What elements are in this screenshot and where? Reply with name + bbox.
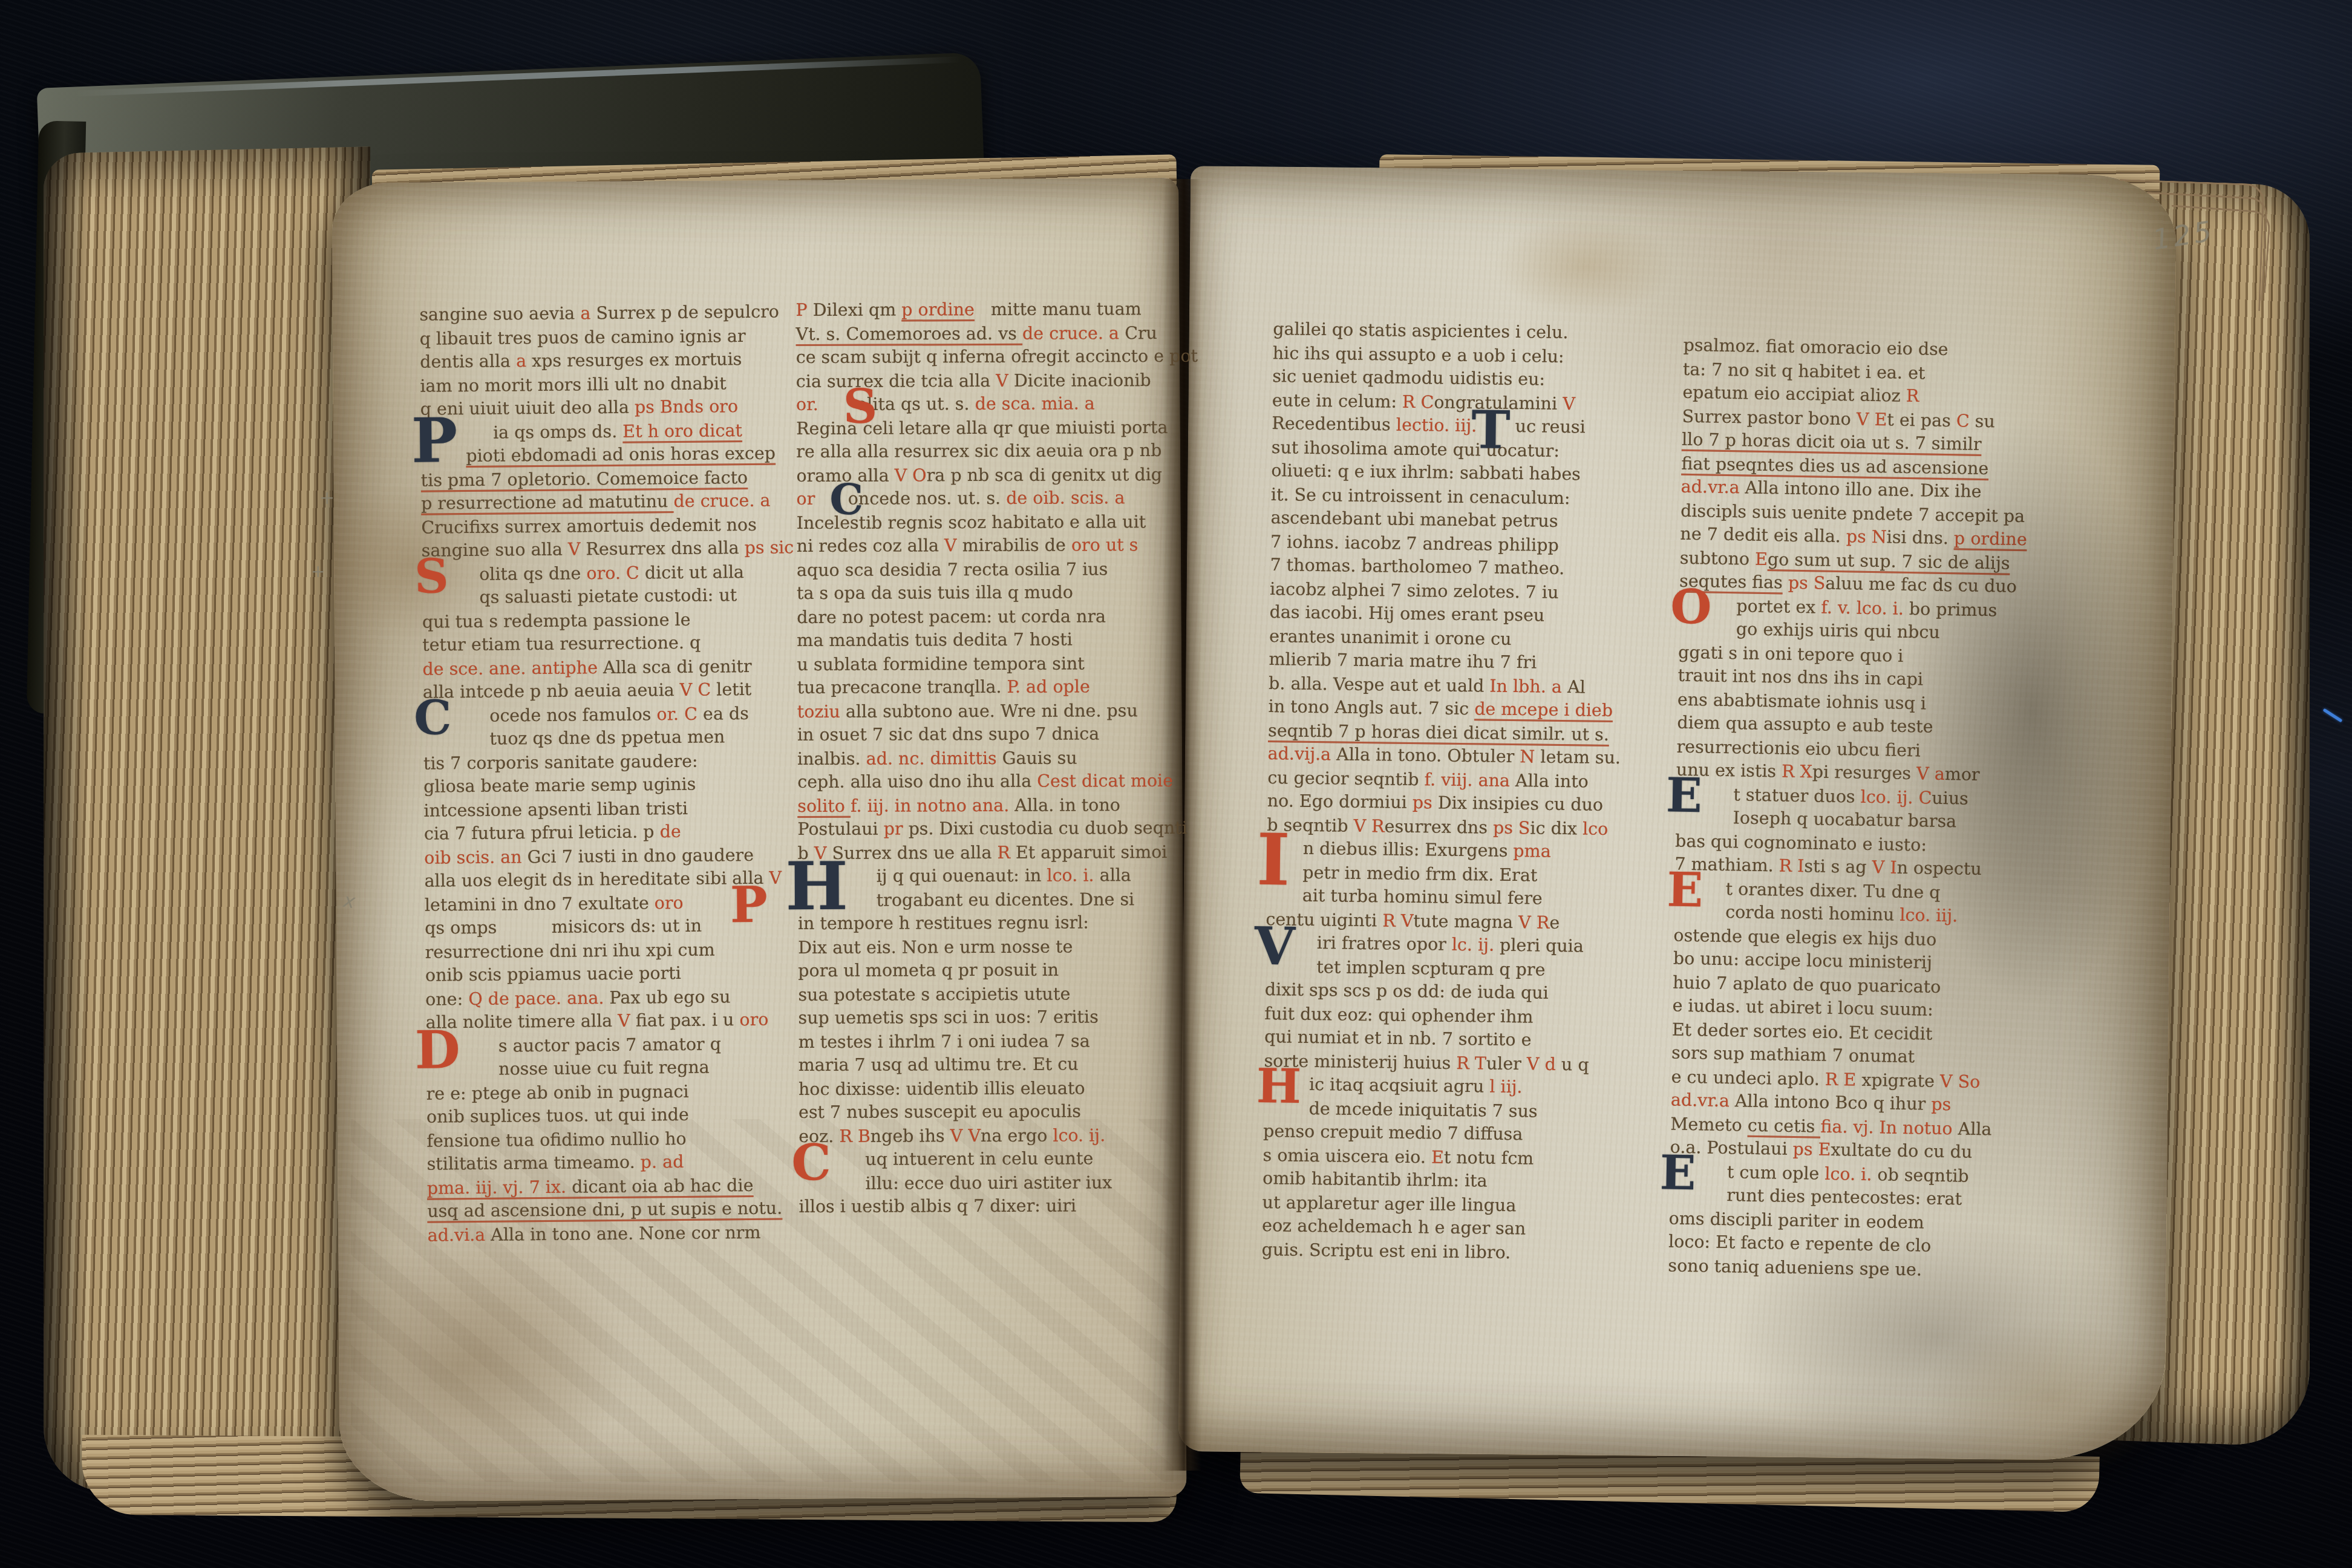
text-run-ink: re alla alla resurrex sic dix aeuia ora … (796, 440, 1161, 462)
text-run-ink: Memeto (1670, 1114, 1748, 1135)
text-run-ink: Cru (1119, 323, 1157, 343)
text-run-ink: inalbis. (797, 749, 866, 769)
manuscript-text-line: sangine suo aevia a Surrex p de sepulcro (419, 299, 789, 326)
manuscript-text-line: ceph. alla uiso dno ihu alla Cest dicat … (797, 769, 1180, 794)
text-run-ink: ps. Dixi custodia cu duob seqnti (909, 818, 1187, 839)
text-run-rubric: V E (1857, 409, 1887, 430)
text-run-ink: loco: Et facto e repente de clo (1668, 1232, 1932, 1256)
text-run-ink: ea ds (697, 704, 749, 724)
text-run-ink: sti s ag (1804, 856, 1872, 877)
manuscript-text-line: centu uiginti R Vtute magna V Re (1266, 907, 1654, 936)
text-run-ink: maria 7 usq ad ultimu tre. Et cu (799, 1054, 1079, 1075)
text-run-ink: iam no morit mors illi ult no dnabit (420, 373, 726, 396)
text-run-ink: sua potestate s accipietis utute (798, 984, 1070, 1005)
manuscript-text-line: dentis alla a xps resurges ex mortuis (420, 347, 790, 373)
text-run-rubric: ad. nc. dimittis (866, 748, 1002, 769)
text-run-rubric: oro ut s (1071, 535, 1138, 555)
illuminated-initial: I (1256, 831, 1290, 890)
text-run-rubric: V (618, 1011, 630, 1031)
manuscript-text-line: trogabant eu dicentes. Dne si (798, 887, 1180, 912)
text-run-ink: m testes i ihrlm 7 i oni iudea 7 sa (799, 1031, 1090, 1052)
text-run-ink: gliosa beate marie semp uginis (423, 774, 696, 797)
text-run-ink: psalmoz. fiat omoracio eio dse (1683, 335, 1948, 359)
text-run-rubric: V V (950, 1126, 981, 1146)
text-run-ink: resurrectione dni nri ihu xpi cum (425, 939, 714, 962)
text-run-ink: ij q qui ouenaut: in (877, 866, 1047, 886)
text-run-ink: Alla into (1515, 771, 1589, 791)
text-run-rubric: E (1755, 549, 1768, 569)
manuscript-text-line: re e: ptege ab onib in pugnaci (426, 1079, 796, 1105)
text-run-ink: pi resurges (1812, 762, 1917, 783)
manuscript-text-line: b seqntib V Resurrex dns ps Sic dix lco (1267, 813, 1655, 841)
text-run-ink: qs omps misicors ds: ut in (425, 916, 702, 938)
manuscript-text-line: hic ihs qui assupto e a uob i celu: (1273, 341, 1661, 370)
text-run-ink: eute in celum: (1272, 390, 1403, 412)
text-run-ink: ce scam subijt q inferna ofregit accinct… (796, 346, 1198, 367)
text-run-ink: ens ababtismate iohnis usq i (1677, 690, 1927, 714)
text-run-ink: alla intcede p nb aeuia aeuia (423, 680, 680, 702)
manuscript-text-line: de mcede iniquitatis 7 sus (1263, 1096, 1651, 1125)
text-run-rubric: V (769, 868, 782, 888)
text-run-rubric: solito (797, 796, 851, 816)
text-run-rubric: P. ad ople (1007, 676, 1090, 696)
text-run-ink: usq ad ascensione dni, p ut supis e notu… (427, 1198, 782, 1221)
text-run-ink: tis 7 corporis sanitate gaudere: (423, 751, 698, 774)
text-run-ink: cu cetis (1748, 1116, 1821, 1137)
text-run-ink: dentis alla (420, 351, 516, 371)
manuscript-text-line: eute in celum: R Congratulamini V (1272, 388, 1661, 417)
text-run-ink: illu: ecce duo uiri astiter iux (865, 1172, 1112, 1193)
text-run-rubric: ps sic (744, 537, 794, 558)
text-run-ink: cu gecior seqntib (1267, 768, 1425, 789)
text-run-rubric: lco. ij. (1053, 1125, 1105, 1145)
text-run-ink: e (1549, 913, 1560, 933)
text-run-ink: u q (1556, 1054, 1589, 1075)
text-run-ink: sic ueniet qadmodu uidistis eu: (1272, 366, 1545, 390)
text-run-ink: qui tua s redempta passione le (422, 610, 691, 632)
manuscript-text-line: ad.vi.a Alla in tono ane. None cor nrm (427, 1220, 797, 1247)
text-run-ink: olita qs ut. s. (818, 394, 975, 414)
illuminated-initial: H (1256, 1067, 1301, 1106)
text-run-rubric: In lbh. a (1489, 676, 1562, 697)
text-run-ink: n diebus illis: Exurgens (1303, 838, 1514, 861)
manuscript-text-line: aquo sca desidia 7 recta osilia 7 ius (797, 557, 1179, 582)
text-run-ink: Gauis su (1002, 748, 1077, 768)
manuscript-text-line: intcessione apsenti liban tristi (423, 795, 794, 822)
text-run-ink: tuoz qs dne ds ppetua men (489, 727, 725, 748)
text-run-ink: diem qua assupto e aub teste (1677, 713, 1933, 737)
text-run-rubric: oro (739, 1010, 768, 1030)
text-run-ink: das iacobi. Hij omes erant pseu (1269, 602, 1544, 626)
manuscript-text-line: m testes i ihrlm 7 i oni iudea 7 sa (799, 1029, 1181, 1054)
text-run-ink: letit (711, 679, 751, 700)
manuscript-text-line: ut applaretur ager ille lingua (1262, 1191, 1650, 1219)
text-run-rubric: V d (1527, 1054, 1556, 1074)
illuminated-initial: P (411, 416, 458, 466)
text-run-ink: ia qs omps ds. (493, 422, 622, 443)
manuscript-text-line: it. Se cu introissent in cenaculum: (1271, 483, 1659, 511)
manuscript-text-line: illu: ecce duo uiri astiter iux (799, 1171, 1181, 1195)
text-run-rubric: lco. i. (1047, 865, 1099, 885)
manuscript-text-line: tuoz qs dne ds ppetua men (423, 724, 793, 751)
manuscript-text-line: qui tua s redempta passione le (422, 607, 792, 633)
manuscript-text-line: resurrectione dni nri ihu xpi cum (425, 937, 795, 964)
text-run-rubric: or (796, 489, 815, 509)
manuscript-text-line: Dix aut eis. Non e urm nosse te (798, 935, 1180, 959)
manuscript-text-line: alla intcede p nb aeuia aeuia V C letit (423, 677, 793, 704)
text-run-ink: Et apparuit simoi (1016, 842, 1168, 863)
text-run-ink: ascendebant ubi manebat petrus (1270, 508, 1558, 531)
manuscript-text-line: maria 7 usq ad ultimu tre. Et cu (799, 1052, 1181, 1077)
text-run-ink: alla (1100, 865, 1131, 885)
text-run-ink: n ospectu (1896, 858, 1982, 879)
manuscript-text-line: ia qs omps ds. Et h oro dicat (420, 418, 791, 445)
text-run-rubric: C (1956, 411, 1970, 431)
text-run-ink: xultate do cu du (1831, 1140, 1972, 1162)
text-run-ink: letam su. (1535, 746, 1621, 768)
text-run-ink: ic itaq acqsiuit agru (1309, 1074, 1490, 1097)
text-run-rubric: toziu (797, 702, 846, 722)
text-run-rubric: lco. iij. (1900, 905, 1958, 926)
manuscript-text-line: s auctor pacis 7 amator q (426, 1031, 796, 1058)
text-run-ink: ra p nb sca di genitx ut dig (927, 465, 1162, 485)
illuminated-initial: C (829, 482, 863, 517)
text-run-ink: Recedentibus (1272, 413, 1396, 435)
text-run-ink: go sum ut sup. 7 sic de alijs (1768, 549, 2010, 573)
text-run-ink: Alla. in tono (1014, 795, 1120, 815)
text-run-rubric: R C (1402, 392, 1434, 413)
text-run-rubric: ps S (1783, 573, 1826, 593)
manuscript-text-line: guis. Scriptu est eni in libro. (1261, 1238, 1650, 1266)
text-run-ink: Surrex p de sepulcro (590, 302, 779, 324)
text-run-rubric: ps S (1493, 818, 1530, 838)
text-run-ink: in osuet 7 sic dat dns supo 7 dnica (797, 724, 1099, 745)
manuscript-text-line: qs saluasti pietate custodi: ut (422, 583, 792, 609)
text-run-ink: pleri quia (1500, 935, 1584, 956)
manuscript-text-line: toziu alla subtono aue. Wre ni dne. psu (797, 699, 1180, 724)
text-run-rubric: oib scis. an (424, 847, 528, 867)
illuminated-initial: S (414, 557, 449, 596)
text-run-ink: p resurrectione ad matutinu (421, 491, 674, 514)
text-run-ink: u sublata formidine tempora sint (797, 653, 1084, 675)
text-run-ink: petr in medio frm dix. Erat (1302, 863, 1537, 886)
text-run-ink: alla subtono aue. Wre ni dne. psu (846, 701, 1138, 722)
text-run-rubric: R B (839, 1126, 871, 1146)
text-run-ink: ostende que elegis ex hijs duo (1673, 926, 1936, 950)
text-run-ink: ni redes coz alla (797, 535, 944, 556)
manuscript-text-line: one: Q de pace. ana. Pax ub ego su (425, 984, 795, 1011)
text-run-ink: mitte manu tuam (975, 299, 1142, 319)
text-run-rubric: p ordine (1954, 528, 2027, 549)
text-run-ink: fiat pax. i u (630, 1010, 740, 1031)
manuscript-text-line: seqntib 7 p horas diei dicat similr. ut … (1268, 719, 1656, 747)
manuscript-text-line: pora ul mometa q pr posuit in (798, 958, 1180, 982)
text-run-ink: galilei qo statis aspicientes i celu. (1273, 319, 1569, 342)
manuscript-text-line: Crucifixs surrex amortuis dedemit nos (421, 512, 791, 539)
text-run-ink: re e: ptege ab onib in pugnaci (426, 1082, 688, 1104)
text-run-ink: su (1969, 411, 1995, 432)
text-run-rubric: V O (895, 465, 927, 485)
text-run-ink: pora ul mometa q pr posuit in (798, 960, 1059, 981)
text-run-rubric: Et h oro dicat (622, 420, 742, 442)
text-run-rubric: ad.vij.a (1268, 743, 1337, 764)
manuscript-text-line: tet implen scpturam q pre (1265, 955, 1653, 983)
text-run-ink: aluu me fac ds cu duo (1825, 573, 2017, 596)
text-run-ink: ta s opa da suis tuis illa q mudo (797, 583, 1073, 604)
manuscript-text-line: onib scis ppiamus uacie porti (425, 960, 795, 987)
manuscript-text-line: petr in medio frm dix. Erat (1266, 860, 1655, 889)
text-run-ink: olita qs dne (479, 563, 587, 584)
text-run-ink: mor (1945, 764, 1980, 785)
manuscript-text-line: Postulaui pr ps. Dixi custodia cu duob s… (797, 816, 1180, 841)
text-run-ink: go exhijs uiris qui nbcu (1736, 619, 1940, 642)
manuscript-text-line: galilei qo statis aspicientes i celu. (1273, 317, 1661, 345)
text-run-rubric: de mcepe i dieb (1474, 699, 1613, 720)
text-run-rubric: lco (1583, 818, 1609, 839)
manuscript-text-line: erantes unanimit i orone cu (1269, 624, 1658, 653)
text-run-ink: nosse uiue cu fuit regna (498, 1057, 710, 1079)
text-run-rubric: P (795, 300, 812, 320)
text-run-rubric: Cest dicat moie (1037, 771, 1173, 791)
text-run-rubric: ad.vr.a (1681, 477, 1746, 498)
manuscript-text-line: uq intuerent in celu eunte (799, 1146, 1181, 1171)
illuminated-initial: T (1471, 409, 1511, 452)
text-run-ink: in tono Angls aut. 7 sic (1268, 696, 1474, 719)
manuscript-text-line: sorte ministerij huius R Tuler V d u q (1264, 1049, 1652, 1077)
text-run-ink: erantes unanimit i orone cu (1269, 626, 1512, 649)
text-run-ink: seqntib 7 p horas diei dicat similr. ut … (1268, 720, 1609, 745)
blue-fiber (2323, 708, 2343, 723)
left-page-edge-stack (44, 146, 370, 1493)
text-run-ink: aquo sca desidia 7 recta osilia 7 ius (797, 559, 1108, 580)
text-run-rubric: V (1563, 394, 1575, 414)
manuscript-text-line: ma mandatis tuis dedita 7 hosti (797, 627, 1179, 652)
pencil-margin-mark: + (319, 488, 335, 509)
text-column-left-2: P Dilexi qm p ordine mitte manu tuamVt. … (795, 297, 1181, 1218)
illuminated-initial: V (1254, 926, 1295, 969)
manuscript-text-line: tetur etiam tua resurrectione. q (422, 630, 792, 656)
text-run-ink: fuit dux eoz: qui ophender ihm (1264, 1004, 1533, 1027)
text-run-ink: Pax ub ego su (604, 987, 730, 1008)
text-run-rubric: lc. ij. (1452, 935, 1500, 955)
manuscript-text-line: tis pma 7 opletorio. Comemoice facto (421, 465, 791, 492)
text-run-ink: Et deder sortes eio. Et cecidit (1672, 1020, 1933, 1044)
text-run-ink: llo 7 p horas dicit oia ut s. 7 similr (1682, 430, 1982, 454)
text-run-rubric: lco. ij. C (1860, 787, 1932, 808)
manuscript-text-line: b. alla. Vespe aut et uald In lbh. a Al (1269, 671, 1657, 700)
text-run-rubric: pr (884, 818, 909, 838)
text-run-ink: dicit ut alla (639, 562, 744, 583)
text-run-ink: e cu undeci aplo. (1671, 1067, 1825, 1089)
text-run-rubric: R I (1779, 855, 1804, 876)
manuscript-text-line: in tempore h restitues regnu isrl: (798, 910, 1180, 935)
manuscript-text-line: stilitatis arma timeamo. p. ad (426, 1149, 797, 1175)
text-run-ink: Crucifixs surrex amortuis dedemit nos (421, 515, 757, 538)
text-run-ink: tua precacone tranqlla. (797, 677, 1007, 697)
manuscript-text-line: est 7 nubes suscepit eu apoculis (799, 1099, 1181, 1124)
text-run-ink: t orantes dixer. Tu dne q (1725, 879, 1940, 903)
text-run-ink: Alla intono Bco q ihur (1735, 1091, 1932, 1114)
text-run-ink: Alla in tono ane. None cor nrm (491, 1223, 760, 1245)
manuscript-text-line: onib suplices tuos. ut qui inde (426, 1102, 797, 1128)
illuminated-initial: E (1667, 871, 1704, 910)
text-run-ink: dare no potest pacem: ut corda nra (797, 606, 1106, 627)
text-run-ink: eoz acheldemach h e ager san (1262, 1215, 1526, 1238)
manuscript-text-line: ni redes coz alla V mirabilis de oro ut … (797, 533, 1179, 558)
manuscript-text-line: in osuet 7 sic dat dns supo 7 dnica (797, 722, 1180, 746)
text-run-ink: ggati s in oni tepore quo i (1678, 642, 1904, 666)
manuscript-text-line: pma. iij. vj. 7 ix. dicant oia ab hac di… (427, 1173, 797, 1200)
text-run-ink: fiat pseqntes dies us ad ascensione (1681, 454, 1989, 479)
text-run-ink: hoc dixisse: uidentib illis eleuato (799, 1078, 1085, 1099)
manuscript-text-line: Vt. s. Comemoroes ad. vs de cruce. a Cru (795, 321, 1178, 346)
manuscript-text-line: cia 7 futura pfrui leticia. p de (424, 818, 794, 845)
manuscript-text-line: tua precacone tranqlla. P. ad ople (797, 675, 1180, 699)
text-run-rubric: V (568, 539, 581, 559)
illuminated-initial: C (414, 699, 452, 737)
manuscript-text-line: cu gecior seqntib f. viij. ana Alla into (1267, 766, 1656, 794)
text-run-ink: ic dix (1530, 818, 1583, 838)
text-run-rubric: V a (1916, 763, 1945, 784)
text-run-rubric: ps (1931, 1094, 1951, 1115)
text-run-rubric: lectio. iij. (1396, 415, 1477, 436)
text-run-rubric: pma (1513, 841, 1551, 861)
manuscript-text-line: illos i uestib albis q 7 dixer: uiri (799, 1194, 1181, 1218)
text-run-ink: sono taniq adueniens spe ue. (1668, 1256, 1922, 1280)
text-run-ink: omib habitantib ihrlm: ita (1263, 1168, 1488, 1191)
text-run-rubric: f. iij. in notno ana. (851, 795, 1014, 816)
text-run-ink: ne 7 dedit eis alla. (1680, 524, 1846, 547)
manuscript-text-line: fensione tua ofidimo nullio ho (426, 1126, 797, 1152)
text-run-ink: uius (1932, 788, 1968, 809)
text-run-ink: e iudas. ut abiret i locu suum: (1672, 996, 1933, 1020)
text-run-ink: t statuer duos (1733, 785, 1861, 806)
illuminated-initial: D (415, 1029, 460, 1072)
text-run-ink: one: (425, 989, 468, 1010)
manuscript-text-line: sut ihosolima amote qui uocatur: (1272, 436, 1660, 464)
text-run-ink: dixit sps scs p os dd: de iuda qui (1265, 979, 1549, 1003)
text-run-ink: 7 thomas. bartholomeo 7 matheo. (1270, 555, 1564, 578)
text-run-ink: 7 iohns. iacobz 7 andreas philipp (1270, 532, 1559, 555)
text-run-ink: Resurrex dns alla (580, 538, 744, 559)
text-run-ink: stilitatis arma timeamo. (426, 1152, 640, 1174)
text-run-rubric: or. C (656, 704, 697, 725)
text-run-ink: oms discipli pariter in eodem (1668, 1209, 1924, 1233)
text-run-rubric: lco. i. (1824, 1164, 1878, 1184)
text-run-ink: esurrex dns (1384, 816, 1493, 837)
text-run-ink: dicant oia ab hac die (572, 1175, 754, 1197)
text-run-rubric: V C (680, 680, 711, 700)
manuscript-text-line: q eni uiuit uiuit deo alla ps Bnds oro (420, 394, 791, 420)
text-run-ink: xps resurges ex mortuis (526, 349, 742, 371)
text-run-rubric: Q de pace. ana. (468, 988, 604, 1009)
text-run-ink: xpigrate (1856, 1070, 1940, 1091)
illuminated-initial: S (843, 388, 878, 426)
text-run-ink: subtono (1680, 548, 1756, 569)
text-run-ink: mlierib 7 maria matre ihu 7 fri (1269, 649, 1537, 672)
pencil-margin-mark: + (311, 561, 325, 581)
text-run-rubric: V (944, 535, 957, 555)
manuscript-text-line: fuit dux eoz: qui ophender ihm (1264, 1002, 1653, 1030)
text-run-ink: tet implen scpturam q pre (1316, 957, 1545, 980)
text-run-ink: tute magna (1413, 911, 1518, 932)
text-run-ink: discipls suis uenite pndete 7 accepit pa (1681, 501, 2025, 526)
text-run-ink: huio 7 aplato de quo puaricato (1673, 973, 1941, 997)
illuminated-initial: H (786, 860, 848, 914)
text-run-ink: t cum ople (1727, 1162, 1825, 1184)
text-run-ink: uq intuerent in celu eunte (865, 1148, 1093, 1169)
text-run-ink: Dix insipies cu duo (1438, 793, 1604, 815)
text-run-ink: ta: 7 no sit q habitet i ea. et (1683, 359, 1926, 384)
illuminated-initial: P (730, 885, 768, 926)
manuscript-text-line: sup uemetis sps sci in uos: 7 eritis (798, 1005, 1180, 1030)
text-run-ink: ob seqntib (1877, 1165, 1969, 1186)
text-run-rubric: de sce. ane. antiphe (422, 658, 603, 679)
text-run-ink: Dilexi qm (813, 299, 902, 320)
text-run-ink: trauit int nos dns ihs in capi (1677, 665, 1923, 690)
manuscript-text-line: ta s opa da suis tuis illa q mudo (797, 580, 1179, 605)
text-run-ink: t ei pas (1887, 410, 1956, 431)
text-run-ink: iri fratres opor (1317, 933, 1452, 955)
manuscript-text-line: oib scis. an Gci 7 iusti in dno gaudere (424, 843, 794, 869)
manuscript-text-line: b V Surrex dns ue alla R Et apparuit sim… (797, 840, 1180, 865)
text-run-ink: Ioseph q uocabatur barsa (1733, 808, 1956, 831)
text-run-ink: oliueti: q e iux ihrlm: sabbati habes (1271, 460, 1581, 484)
text-run-ink: s auctor pacis 7 amator q (498, 1034, 721, 1056)
text-run-ink: Surrex dns ue alla (832, 843, 997, 863)
text-run-ink: qui numiat et in nb. 7 sortito e (1264, 1027, 1532, 1050)
text-run-ink: intcessione apsenti liban tristi (423, 799, 688, 821)
manuscript-text-line: 7 iohns. iacobz 7 andreas philipp (1270, 530, 1659, 558)
text-run-rubric: fia. vj. In notuo (1820, 1117, 1958, 1139)
text-run-ink: t notu fcm (1444, 1148, 1534, 1169)
text-run-ink: letamini in dno 7 exultate (425, 893, 655, 915)
manuscript-text-line: P Dilexi qm p ordine mitte manu tuam (795, 297, 1178, 322)
text-run-ink: de mcede iniquitatis 7 sus (1308, 1099, 1537, 1122)
text-run-rubric: V I (1872, 857, 1896, 878)
manuscript-text-line: de sce. ane. antiphe Alla sca di genitr (422, 654, 792, 681)
manuscript-text-line: usq ad ascensione dni, p ut supis e notu… (427, 1196, 797, 1223)
text-run-rubric: de (659, 822, 681, 841)
manuscript-text-line: u sublata formidine tempora sint (797, 652, 1179, 676)
text-run-rubric: f. v. lco. i. (1821, 598, 1904, 619)
text-run-rubric: pma. iij. vj. 7 ix. (427, 1177, 572, 1198)
text-run-rubric: de cruce. a (673, 491, 770, 511)
text-run-ink: cia 7 futura pfrui leticia. p (424, 822, 660, 843)
text-run-ink: guis. Scriptu est eni in libro. (1262, 1240, 1511, 1263)
text-run-ink: na ergo (981, 1126, 1053, 1146)
text-run-ink: Dix aut eis. Non e urm nosse te (798, 937, 1073, 958)
text-run-ink: Alla intono illo ane. Dix ihe (1745, 477, 1981, 501)
text-run-ink: sors sup mathiam 7 onumat (1671, 1043, 1915, 1067)
text-run-ink: onib suplices tuos. ut qui inde (426, 1105, 689, 1127)
text-run-rubric: ps Bnds oro (635, 396, 738, 417)
manuscript-text-line: s omia uiscera eio. Et notu fcm (1263, 1143, 1651, 1172)
text-run-rubric: ps N (1846, 526, 1887, 547)
text-run-ink: trogabant eu dicentes. Dne si (877, 889, 1134, 910)
text-run-ink: Gci 7 iusti in dno gaudere (527, 845, 754, 867)
text-run-ink: mirabilis de (957, 535, 1071, 556)
manuscript-text-line: ce scam subijt q inferna ofregit accinct… (796, 344, 1178, 369)
illuminated-initial: E (1666, 776, 1703, 815)
text-run-ink: ma mandatis tuis dedita 7 hosti (797, 630, 1073, 651)
text-run-ink: s omia uiscera eio. (1263, 1145, 1431, 1167)
text-run-ink: est 7 nubes suscepit eu apoculis (799, 1101, 1081, 1122)
text-column-right-2: psalmoz. fiat omoracio eio dseta: 7 no s… (1668, 333, 2076, 1284)
text-run-rubric: l iij. (1489, 1077, 1523, 1097)
manuscript-text-line: sangine suo alla V Resurrex dns alla ps … (422, 535, 792, 562)
text-run-rubric: p ordine (901, 299, 975, 319)
